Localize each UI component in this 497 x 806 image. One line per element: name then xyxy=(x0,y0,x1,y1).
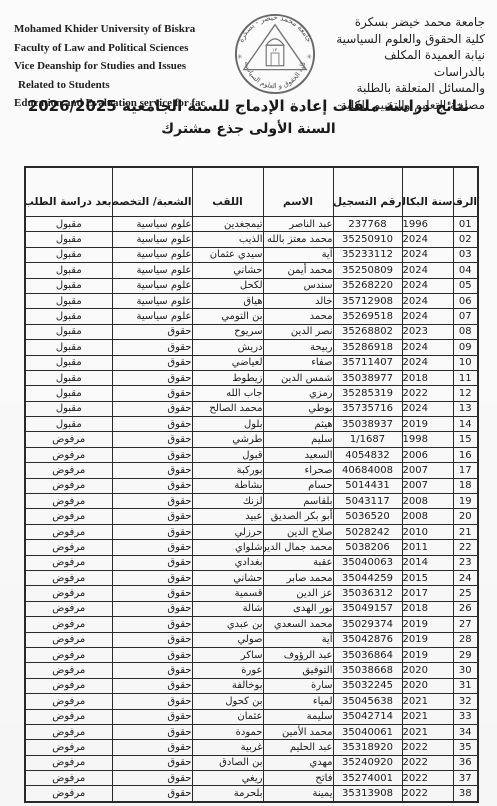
col-header-first-name: الاسم xyxy=(263,167,333,217)
decision: مرفوض xyxy=(25,755,112,770)
bac-year: 2024 xyxy=(402,293,453,308)
registration-number: 35274001 xyxy=(333,771,402,786)
table-row: 30202035038668التوفيقعورةحقوقمرفوض xyxy=(25,663,478,678)
first-name: سندس xyxy=(263,278,333,293)
bac-year: 2021 xyxy=(402,724,453,739)
branch: حقوق xyxy=(112,740,192,755)
registration-number: 35045638 xyxy=(333,694,402,709)
table-row: 10202435711407صفاءلعياضيحقوقمقبول xyxy=(25,355,478,370)
university-name-ar: جامعة محمد خيضر بسكرة xyxy=(330,14,485,31)
last-name: دريش xyxy=(192,340,263,355)
row-number: 34 xyxy=(453,724,478,739)
branch: علوم سياسية xyxy=(112,232,192,247)
row-number: 14 xyxy=(453,417,478,432)
last-name: طرشي xyxy=(192,432,263,447)
first-name: السعيد xyxy=(263,447,333,462)
decision: مرفوض xyxy=(25,432,112,447)
bac-year: 2020 xyxy=(402,663,453,678)
bac-year: 2008 xyxy=(402,494,453,509)
first-name: محمد الأمين xyxy=(263,724,333,739)
bac-year: 2021 xyxy=(402,709,453,724)
bac-year: 2024 xyxy=(402,340,453,355)
col-header-bac-year: سنة البكالوريا xyxy=(402,167,453,217)
decision: مرفوض xyxy=(25,786,112,802)
last-name: بن التومي xyxy=(192,309,263,324)
registration-number: 35250910 xyxy=(333,232,402,247)
bac-year: 2007 xyxy=(402,478,453,493)
registration-number: 35285319 xyxy=(333,386,402,401)
branch: حقوق xyxy=(112,463,192,478)
branch: حقوق xyxy=(112,340,192,355)
first-name: حسام xyxy=(263,478,333,493)
registration-number: 35040061 xyxy=(333,724,402,739)
row-number: 21 xyxy=(453,524,478,539)
seal-dome-icon xyxy=(266,39,284,45)
last-name: محمد الصالح xyxy=(192,401,263,416)
branch: حقوق xyxy=(112,617,192,632)
decision: مرفوض xyxy=(25,463,112,478)
last-name: بن كحول xyxy=(192,694,263,709)
row-number: 15 xyxy=(453,432,478,447)
bac-year: 2024 xyxy=(402,401,453,416)
table-row: 08202335268802نصر الدينسريوححقوقمقبول xyxy=(25,324,478,339)
decision: مقبول xyxy=(25,247,112,262)
decision: مرفوض xyxy=(25,524,112,539)
table-row: 26201835049157نور الهدىشالةحقوقمرفوض xyxy=(25,601,478,616)
branch: حقوق xyxy=(112,663,192,678)
table-row: 25201735036312عز الدينقسميةحقوقمرفوض xyxy=(25,586,478,601)
row-number: 28 xyxy=(453,632,478,647)
registration-number: 1/1687 xyxy=(333,432,402,447)
bac-year: 2019 xyxy=(402,417,453,432)
decision: مقبول xyxy=(25,293,112,308)
row-number: 16 xyxy=(453,447,478,462)
decision: مرفوض xyxy=(25,601,112,616)
first-name: عز الدين xyxy=(263,586,333,601)
bac-year: 2015 xyxy=(402,570,453,585)
bac-year: 2021 xyxy=(402,694,453,709)
registration-number: 35040063 xyxy=(333,555,402,570)
last-name: لزنك xyxy=(192,494,263,509)
bac-year: 2022 xyxy=(402,740,453,755)
last-name: الذيب xyxy=(192,232,263,247)
last-name: شالة xyxy=(192,601,263,616)
decision: مرفوض xyxy=(25,663,112,678)
row-number: 20 xyxy=(453,509,478,524)
bac-year: 2019 xyxy=(402,617,453,632)
last-name: لكحل xyxy=(192,278,263,293)
first-name: محمد xyxy=(263,309,333,324)
document-title: نتائج دراسة ملفات إعادة الإدماج للسنة ال… xyxy=(0,96,497,139)
last-name: شلواي xyxy=(192,540,263,555)
last-name: سيدي عثمان xyxy=(192,247,263,262)
branch: حقوق xyxy=(112,417,192,432)
branch: حقوق xyxy=(112,432,192,447)
first-name: فاتح xyxy=(263,771,333,786)
table-row: 1820075014431حسامبشاطةحقوقمرفوض xyxy=(25,478,478,493)
decision: مقبول xyxy=(25,278,112,293)
table-row: 2120105028242صلاح الدينحرزليحقوقمرفوض xyxy=(25,524,478,539)
first-name: آية xyxy=(263,632,333,647)
last-name: سريوح xyxy=(192,324,263,339)
table-row: 03202435233112آيةسيدي عثمانعلوم سياسيةمق… xyxy=(25,247,478,262)
table-row: 28201935042876آيةصوليحقوقمرفوض xyxy=(25,632,478,647)
table-row: 35202235318920عبد الحليمغربيةحقوقمرفوض xyxy=(25,740,478,755)
bac-year: 2017 xyxy=(402,586,453,601)
registration-number: 35049157 xyxy=(333,601,402,616)
first-name: صحراء xyxy=(263,463,333,478)
seal-mark: ۱۳ xyxy=(272,48,278,54)
document-header: Mohamed Khider University of Biskra Facu… xyxy=(0,0,497,88)
decision: مقبول xyxy=(25,309,112,324)
decision: مرفوض xyxy=(25,494,112,509)
title-line-1: نتائج دراسة ملفات إعادة الإدماج للسنة ال… xyxy=(0,96,497,116)
row-number: 36 xyxy=(453,755,478,770)
table-row: 011996237768عبد الناصرتيمجغدينعلوم سياسي… xyxy=(25,217,478,232)
branch: حقوق xyxy=(112,401,192,416)
bac-year: 2007 xyxy=(402,463,453,478)
bac-year: 2020 xyxy=(402,678,453,693)
first-name: آية xyxy=(263,247,333,262)
row-number: 32 xyxy=(453,694,478,709)
bac-year: 2008 xyxy=(402,509,453,524)
decision: مقبول xyxy=(25,386,112,401)
bac-year: 2023 xyxy=(402,324,453,339)
table-row: 32202135045638لمياءبن كحولحقوقمرفوض xyxy=(25,694,478,709)
decision: مقبول xyxy=(25,232,112,247)
bac-year: 2022 xyxy=(402,386,453,401)
bac-year: 2024 xyxy=(402,263,453,278)
bac-year: 2006 xyxy=(402,447,453,462)
bac-year: 2024 xyxy=(402,247,453,262)
registration-number: 5038206 xyxy=(333,540,402,555)
last-name: حشاني xyxy=(192,570,263,585)
first-name: عبد الناصر xyxy=(263,217,333,232)
table-row: 38202235313908يمينةبلحرمةحقوقمرفوض xyxy=(25,786,478,802)
table-row: 27201935029374محمد السعديبن عبديحقوقمرفو… xyxy=(25,617,478,632)
registration-number: 40684008 xyxy=(333,463,402,478)
registration-number: 35240920 xyxy=(333,755,402,770)
related-students-en: Related to Students xyxy=(14,76,222,95)
university-name-en: Mohamed Khider University of Biskra xyxy=(14,20,222,39)
registration-number: 5043117 xyxy=(333,494,402,509)
table-row: 12202235285319رمزيجاب اللهحقوقمقبول xyxy=(25,386,478,401)
english-letterhead: Mohamed Khider University of Biskra Facu… xyxy=(10,8,222,88)
last-name: غربية xyxy=(192,740,263,755)
decision: مقبول xyxy=(25,217,112,232)
last-name: ساكر xyxy=(192,647,263,662)
registration-number: 35038937 xyxy=(333,417,402,432)
last-name: صولي xyxy=(192,632,263,647)
row-number: 27 xyxy=(453,617,478,632)
decision: مرفوض xyxy=(25,694,112,709)
branch: حقوق xyxy=(112,324,192,339)
last-name: بلول xyxy=(192,417,263,432)
first-name: محمد معتز بالله xyxy=(263,232,333,247)
first-name: سليم xyxy=(263,432,333,447)
branch: علوم سياسية xyxy=(112,247,192,262)
row-number: 11 xyxy=(453,370,478,385)
table-row: 37202235274001فاتحريغيحقوقمرفوض xyxy=(25,771,478,786)
decision: مقبول xyxy=(25,401,112,416)
registration-number: 35042714 xyxy=(333,709,402,724)
table-row: 34202135040061محمد الأمينحمودةحقوقمرفوض xyxy=(25,724,478,739)
table-row: 31202035032245سارةبوخالفةحقوقمرفوض xyxy=(25,678,478,693)
row-number: 18 xyxy=(453,478,478,493)
branch: حقوق xyxy=(112,678,192,693)
table-row: 09202435286918ربيحةدريشحقوقمقبول xyxy=(25,340,478,355)
decision: مرفوض xyxy=(25,678,112,693)
vice-deanship-en: Vice Deanship for Studies and Issues xyxy=(14,57,222,76)
registration-number: 35036312 xyxy=(333,586,402,601)
table-row: 1920085043117بلقاسملزنكحقوقمرفوض xyxy=(25,494,478,509)
last-name: قسمية xyxy=(192,586,263,601)
table-row: 17200740684008صحراءبوركبةحقوقمرفوض xyxy=(25,463,478,478)
table-row: 06202435712908خالدهياقعلوم سياسيةمقبول xyxy=(25,293,478,308)
branch: حقوق xyxy=(112,370,192,385)
table-row: 24201535044259محمد صابرحشانيحقوقمرفوض xyxy=(25,570,478,585)
branch: حقوق xyxy=(112,355,192,370)
last-name: بغدادي xyxy=(192,555,263,570)
branch: حقوق xyxy=(112,786,192,802)
branch: حقوق xyxy=(112,494,192,509)
last-name: زيطوط xyxy=(192,370,263,385)
table-row: 07202435269518محمدبن التوميعلوم سياسيةمق… xyxy=(25,309,478,324)
branch: حقوق xyxy=(112,709,192,724)
decision: مرفوض xyxy=(25,632,112,647)
first-name: سليمة xyxy=(263,709,333,724)
bac-year: 2018 xyxy=(402,601,453,616)
row-number: 19 xyxy=(453,494,478,509)
registration-number: 5028242 xyxy=(333,524,402,539)
branch: حقوق xyxy=(112,540,192,555)
table-row: 29201935036864عبد الرؤوفساكرحقوقمرفوض xyxy=(25,647,478,662)
table-row: 23201435040063عقبةبغداديحقوقمرفوض xyxy=(25,555,478,570)
registration-number: 35032245 xyxy=(333,678,402,693)
bac-year: 2019 xyxy=(402,632,453,647)
last-name: لعياضي xyxy=(192,355,263,370)
row-number: 05 xyxy=(453,278,478,293)
results-table-body: 011996237768عبد الناصرتيمجغدينعلوم سياسي… xyxy=(25,217,478,802)
registration-number: 35042876 xyxy=(333,632,402,647)
row-number: 23 xyxy=(453,555,478,570)
branch: حقوق xyxy=(112,755,192,770)
seal-door-icon xyxy=(271,53,279,66)
registration-number: 35038977 xyxy=(333,370,402,385)
first-name: شمس الدين xyxy=(263,370,333,385)
first-name: ربيحة xyxy=(263,340,333,355)
first-name: مهدي xyxy=(263,755,333,770)
last-name: عثمان xyxy=(192,709,263,724)
bac-year: 2019 xyxy=(402,647,453,662)
last-name: بوخالفة xyxy=(192,678,263,693)
first-name: نصر الدين xyxy=(263,324,333,339)
first-name: محمد أيمن xyxy=(263,263,333,278)
branch: حقوق xyxy=(112,386,192,401)
last-name: هياق xyxy=(192,293,263,308)
first-name: لمياء xyxy=(263,694,333,709)
bac-year: 1998 xyxy=(402,432,453,447)
table-row: 1519981/1687سليمطرشيحقوقمرفوض xyxy=(25,432,478,447)
document-page: Mohamed Khider University of Biskra Facu… xyxy=(0,0,497,806)
branch: علوم سياسية xyxy=(112,278,192,293)
branch: علوم سياسية xyxy=(112,309,192,324)
results-table: الرقم سنة البكالوريا رقم التسجيل الاسم ا… xyxy=(24,166,479,803)
table-row: 13202435735716بوطيمحمد الصالححقوقمقبول xyxy=(25,401,478,416)
table-header-row: الرقم سنة البكالوريا رقم التسجيل الاسم ا… xyxy=(25,167,478,217)
branch: حقوق xyxy=(112,647,192,662)
registration-number: 35250809 xyxy=(333,263,402,278)
branch: حقوق xyxy=(112,601,192,616)
last-name: جاب الله xyxy=(192,386,263,401)
bac-year: 2014 xyxy=(402,555,453,570)
branch: حقوق xyxy=(112,724,192,739)
last-name: حرزلي xyxy=(192,524,263,539)
branch: حقوق xyxy=(112,524,192,539)
first-name: بلقاسم xyxy=(263,494,333,509)
row-number: 13 xyxy=(453,401,478,416)
branch: حقوق xyxy=(112,478,192,493)
bac-year: 2018 xyxy=(402,370,453,385)
branch: حقوق xyxy=(112,632,192,647)
branch: علوم سياسية xyxy=(112,217,192,232)
first-name: محمد السعدي xyxy=(263,617,333,632)
table-row: 14201935038937هيثمبلولحقوقمقبول xyxy=(25,417,478,432)
registration-number: 35268802 xyxy=(333,324,402,339)
decision: مرفوض xyxy=(25,709,112,724)
last-name: بن عبدي xyxy=(192,617,263,632)
arabic-letterhead: جامعة محمد خيضر بسكرة كلية الحقوق والعلو… xyxy=(328,8,491,88)
row-number: 10 xyxy=(453,355,478,370)
row-number: 29 xyxy=(453,647,478,662)
registration-number: 35036864 xyxy=(333,647,402,662)
registration-number: 35233112 xyxy=(333,247,402,262)
col-header-registration: رقم التسجيل xyxy=(333,167,402,217)
bac-year: 2024 xyxy=(402,355,453,370)
university-seal-icon: جامعة محمد خيضر - بسكرة كلية الحقوق و ال… xyxy=(232,12,318,96)
decision: مرفوض xyxy=(25,570,112,585)
bac-year: 2022 xyxy=(402,771,453,786)
registration-number: 35318920 xyxy=(333,740,402,755)
row-number: 35 xyxy=(453,740,478,755)
last-name: بوركبة xyxy=(192,463,263,478)
row-number: 37 xyxy=(453,771,478,786)
row-number: 31 xyxy=(453,678,478,693)
first-name: بوطي xyxy=(263,401,333,416)
row-number: 06 xyxy=(453,293,478,308)
last-name: عورة xyxy=(192,663,263,678)
row-number: 02 xyxy=(453,232,478,247)
table-row: 02202435250910محمد معتز باللهالذيبعلوم س… xyxy=(25,232,478,247)
decision: مقبول xyxy=(25,355,112,370)
col-header-branch: الشعبة/ التخصص xyxy=(112,167,192,217)
table-row: 11201835038977شمس الدينزيطوطحقوقمقبول xyxy=(25,370,478,385)
seal-star-left-icon: ✳ xyxy=(237,53,243,61)
bac-year: 2022 xyxy=(402,786,453,802)
decision: مرفوض xyxy=(25,740,112,755)
registration-number: 5014431 xyxy=(333,478,402,493)
first-name: نور الهدى xyxy=(263,601,333,616)
bac-year: 2011 xyxy=(402,540,453,555)
decision: مرفوض xyxy=(25,478,112,493)
registration-number: 5036520 xyxy=(333,509,402,524)
bac-year: 2024 xyxy=(402,278,453,293)
col-header-last-name: اللقب xyxy=(192,167,263,217)
row-number: 08 xyxy=(453,324,478,339)
vice-deanship-ar: نيابة العميدة المكلف بالدراسات xyxy=(330,47,485,80)
branch: حقوق xyxy=(112,447,192,462)
last-name: بن الصادق xyxy=(192,755,263,770)
row-number: 09 xyxy=(453,340,478,355)
first-name: محمد جمال الدين xyxy=(263,540,333,555)
row-number: 25 xyxy=(453,586,478,601)
registration-number: 35711407 xyxy=(333,355,402,370)
first-name: محمد صابر xyxy=(263,570,333,585)
branch: علوم سياسية xyxy=(112,263,192,278)
first-name: هيثم xyxy=(263,417,333,432)
decision: مرفوض xyxy=(25,540,112,555)
first-name: سارة xyxy=(263,678,333,693)
col-header-decision: بعد دراسة الطلب xyxy=(25,167,112,217)
decision: مرفوض xyxy=(25,771,112,786)
registration-number: 35313908 xyxy=(333,786,402,802)
row-number: 38 xyxy=(453,786,478,802)
table-row: 33202135042714سليمةعثمانحقوقمرفوض xyxy=(25,709,478,724)
branch: حقوق xyxy=(112,694,192,709)
table-row: 05202435268220سندسلكحلعلوم سياسيةمقبول xyxy=(25,278,478,293)
decision: مقبول xyxy=(25,263,112,278)
seal-container: جامعة محمد خيضر - بسكرة كلية الحقوق و ال… xyxy=(222,8,328,88)
table-row: 1620064054832السعيدقبولحقوقمرفوض xyxy=(25,447,478,462)
branch: علوم سياسية xyxy=(112,293,192,308)
registration-number: 35038668 xyxy=(333,663,402,678)
decision: مرفوض xyxy=(25,447,112,462)
decision: مرفوض xyxy=(25,647,112,662)
decision: مقبول xyxy=(25,370,112,385)
registration-number: 4054832 xyxy=(333,447,402,462)
first-name: عبد الرؤوف xyxy=(263,647,333,662)
bac-year: 2022 xyxy=(402,755,453,770)
last-name: بشاطة xyxy=(192,478,263,493)
row-number: 04 xyxy=(453,263,478,278)
first-name: أبو بكر الصديق xyxy=(263,509,333,524)
first-name: عقبة xyxy=(263,555,333,570)
decision: مقبول xyxy=(25,340,112,355)
row-number: 01 xyxy=(453,217,478,232)
col-header-number: الرقم xyxy=(453,167,478,217)
first-name: صفاء xyxy=(263,355,333,370)
first-name: عبد الحليم xyxy=(263,740,333,755)
row-number: 07 xyxy=(453,309,478,324)
registration-number: 35044259 xyxy=(333,570,402,585)
registration-number: 237768 xyxy=(333,217,402,232)
last-name: بلحرمة xyxy=(192,786,263,802)
registration-number: 35735716 xyxy=(333,401,402,416)
related-students-ar: والمسائل المتعلقة بالطلبة xyxy=(330,80,485,97)
decision: مقبول xyxy=(25,324,112,339)
decision: مرفوض xyxy=(25,586,112,601)
first-name: يمينة xyxy=(263,786,333,802)
registration-number: 35269518 xyxy=(333,309,402,324)
last-name: ريغي xyxy=(192,771,263,786)
decision: مرفوض xyxy=(25,555,112,570)
decision: مرفوض xyxy=(25,617,112,632)
registration-number: 35286918 xyxy=(333,340,402,355)
registration-number: 35029374 xyxy=(333,617,402,632)
decision: مرفوض xyxy=(25,509,112,524)
row-number: 33 xyxy=(453,709,478,724)
registration-number: 35268220 xyxy=(333,278,402,293)
